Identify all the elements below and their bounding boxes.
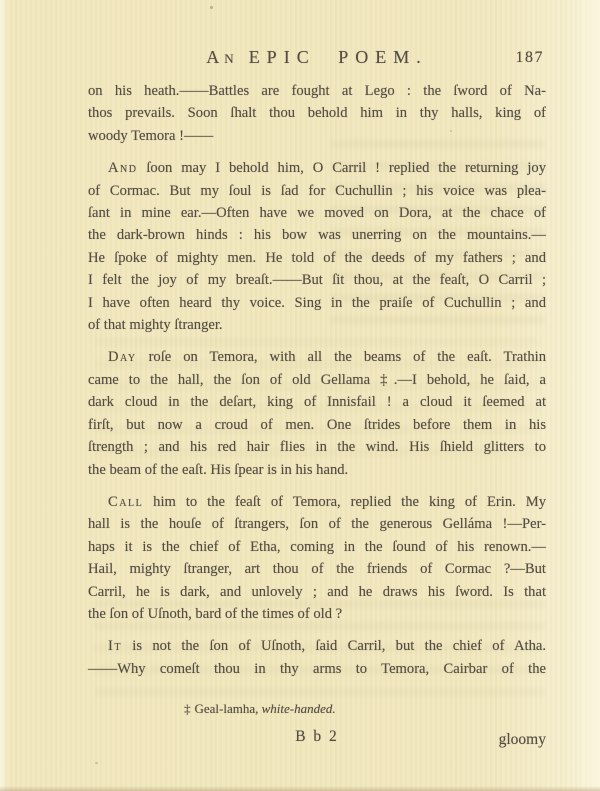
footnote-term: Geal-lamha, — [195, 701, 259, 716]
text-line: thos prevails. Soon ſhalt thou behold hi… — [88, 102, 546, 124]
text-line: And ſoon may I behold him, O Carril ! re… — [88, 157, 546, 179]
text-line: He ſpoke of mighty men. He told of the d… — [88, 247, 546, 269]
paragraph: on his heath.——Battles are fought at Leg… — [88, 80, 546, 147]
footnote-gloss: white-handed. — [262, 701, 336, 716]
text-line: It is not the ſon of Uſnoth, ſaid Carril… — [88, 635, 546, 657]
page-bottom-edge — [0, 786, 600, 791]
text-line: firſt, but now a croud of men. One ſtrid… — [88, 414, 546, 436]
text-line: the ſon of Uſnoth, bard of the times of … — [88, 603, 546, 625]
text-line: I have often heard thy voice. Sing in th… — [88, 292, 546, 314]
text-line: the beam of the eaſt. His ſpear is in hi… — [88, 459, 546, 481]
paragraph-lead-word: And — [108, 160, 137, 176]
page-footer: B b 2 gloomy — [88, 728, 546, 748]
page-left-edge — [0, 0, 6, 791]
paragraph-lead-word: Call — [108, 494, 143, 510]
heading-title: Epic Poem. — [249, 47, 428, 67]
footnote: ‡Geal-lamha, white-handed. — [184, 701, 546, 717]
page-heading: AnEpic Poem. — [88, 47, 546, 68]
paragraph-lead-word: Day — [108, 349, 137, 365]
text-line: ſant in mine ear.—Often have we moved on… — [88, 202, 546, 224]
text-line: dark cloud in the deſart, king of Innisf… — [88, 391, 546, 413]
paragraph: Call him to the feaſt of Temora, replied… — [88, 491, 546, 625]
signature-mark: B b 2 — [295, 728, 339, 746]
page-right-edge — [576, 0, 600, 791]
text-line: ——Why comeſt thou in thy arms to Temora,… — [88, 658, 546, 680]
text-line: hall is the houſe of ſtrangers, ſon of t… — [88, 513, 546, 535]
text-line: haps it is the chief of Etha, coming in … — [88, 536, 546, 558]
paragraph: And ſoon may I behold him, O Carril ! re… — [88, 157, 546, 336]
paragraph: Day roſe on Temora, with all the beams o… — [88, 346, 546, 480]
text-line: Day roſe on Temora, with all the beams o… — [88, 346, 546, 368]
text-line: Carril, he is dark, and unlovely ; and h… — [88, 581, 546, 603]
text-line: Call him to the feaſt of Temora, replied… — [88, 491, 546, 513]
paragraph: It is not the ſon of Uſnoth, ſaid Carril… — [88, 635, 546, 680]
book-page-scan: AnEpic Poem. 187 on his heath.——Battles … — [0, 0, 600, 791]
text-line: the dark-brown hinds : his bow was unerr… — [88, 224, 546, 246]
text-line: on his heath.——Battles are fought at Leg… — [88, 80, 546, 102]
running-header: AnEpic Poem. 187 — [88, 47, 546, 68]
paper-speck — [210, 6, 213, 9]
body-text: on his heath.——Battles are fought at Leg… — [88, 80, 546, 680]
paper-speck — [95, 762, 98, 764]
paragraph-lead-word: It — [108, 638, 122, 654]
page-number: 187 — [516, 49, 545, 67]
text-block: AnEpic Poem. 187 on his heath.——Battles … — [88, 47, 546, 748]
text-line: of that mighty ſtranger. — [88, 314, 546, 336]
text-line: woody Temora !—— — [88, 125, 546, 147]
heading-article: An — [206, 47, 238, 67]
text-line: Hail, mighty ſtranger, art thou of the f… — [88, 558, 546, 580]
double-dagger-footnote-mark: ‡ — [184, 701, 191, 716]
text-line: came to the hall, the ſon of old Gellama… — [88, 369, 546, 391]
text-line: I felt the joy of my breaſt.——But ſit th… — [88, 269, 546, 291]
catchword: gloomy — [499, 731, 546, 749]
text-line: ſtrength ; and his red hair flies in the… — [88, 436, 546, 458]
text-line: of Cormac. But my ſoul is ſad for Cuchul… — [88, 180, 546, 202]
